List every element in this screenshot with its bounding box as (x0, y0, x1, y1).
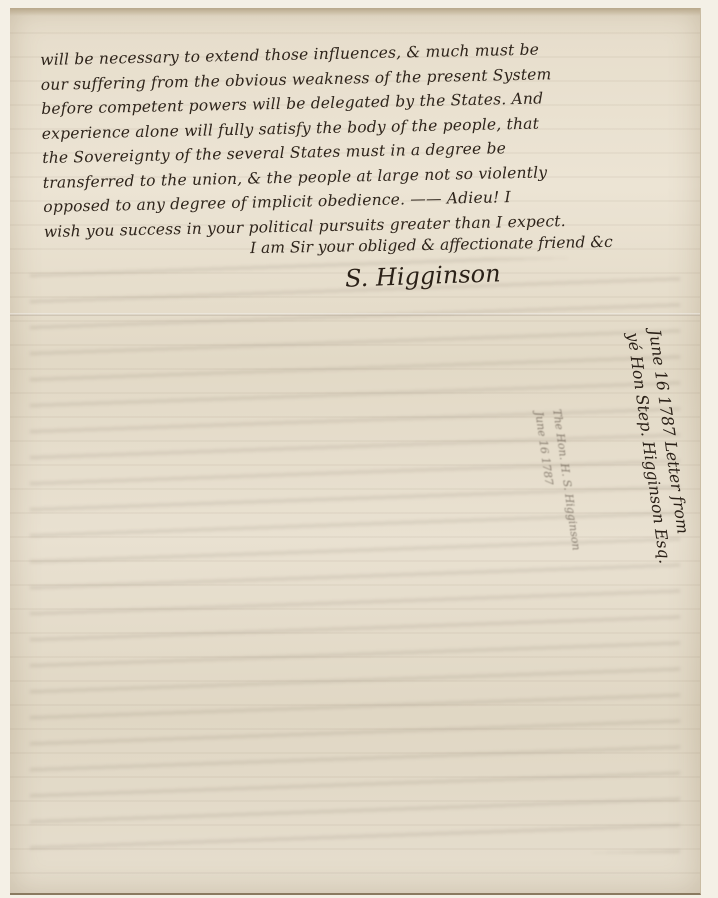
fold-line (10, 313, 700, 316)
signature: S. Higginson (345, 259, 501, 292)
page-top-edge (10, 8, 700, 16)
bleed-through-text (30, 258, 680, 853)
letter-page: will be necessary to extend those influe… (10, 8, 701, 895)
letter-body: will be necessary to extend those influe… (40, 34, 704, 244)
